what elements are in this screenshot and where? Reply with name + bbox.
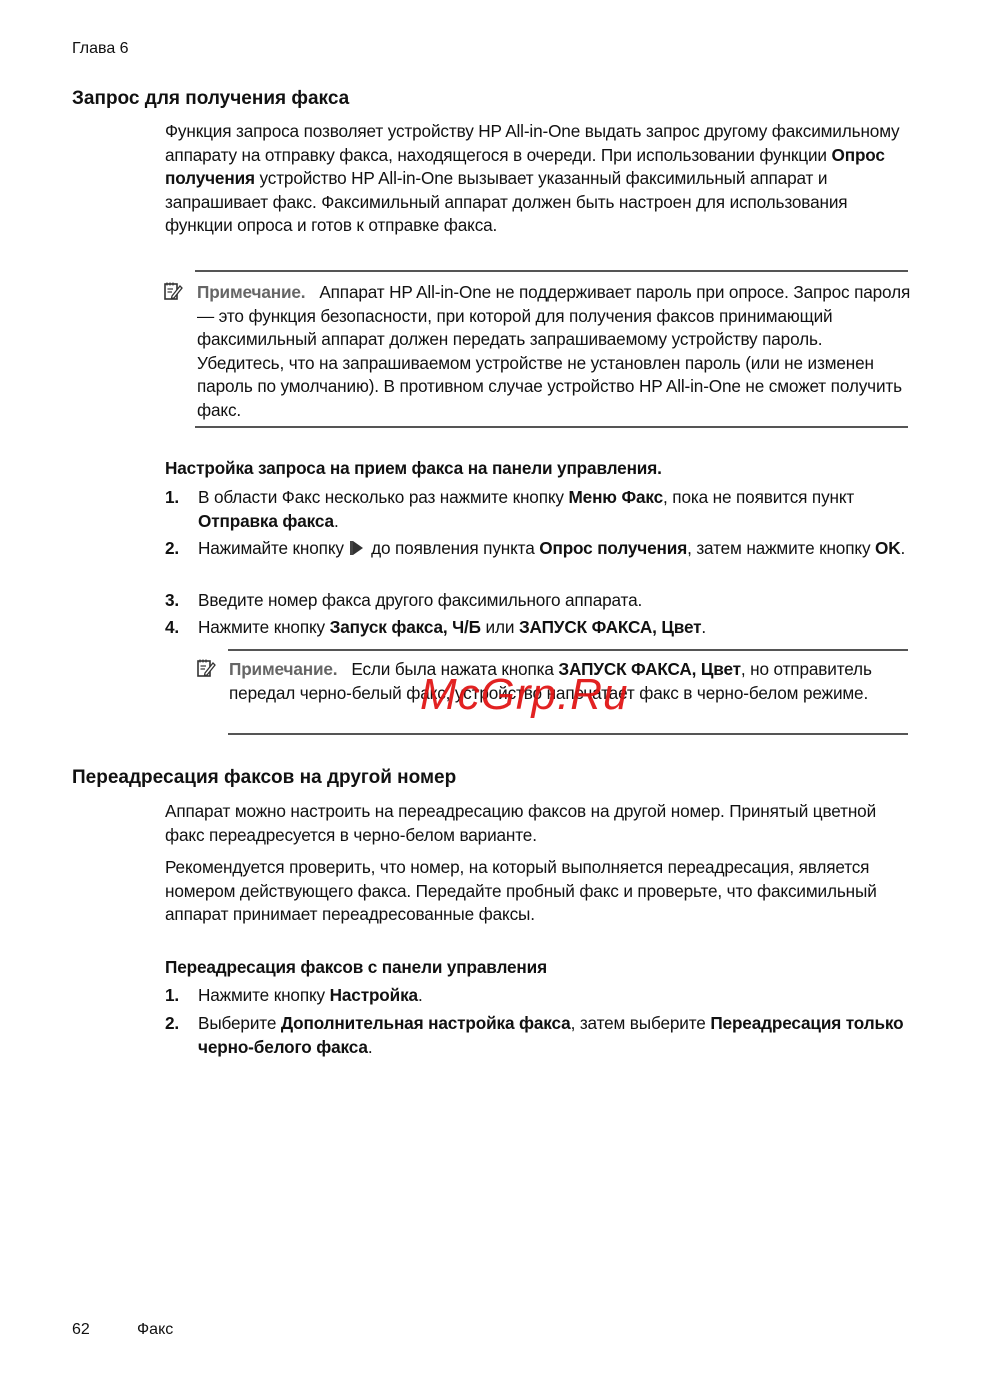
note-top-rule [195, 270, 908, 272]
note-bottom-rule [195, 426, 908, 428]
step-text: Нажимайте кнопку до появления пункта Опр… [198, 537, 913, 561]
step-item: 2. Нажимайте кнопку до появления пункта … [165, 537, 915, 585]
step-item: 3. Введите номер факса другого факсимиль… [165, 589, 915, 613]
note-block-1 [163, 281, 183, 306]
procedure-title-forwarding: Переадресация факсов с панели управления [165, 957, 547, 978]
forwarding-paragraph-2: Рекомендуется проверить, что номер, на к… [165, 856, 915, 927]
footer-section-name: Факс [137, 1321, 173, 1339]
step-number: 1. [165, 984, 179, 1008]
step-item: 4. Нажмите кнопку Запуск факса, Ч/Б или … [165, 616, 915, 640]
note-pencil-icon [196, 658, 216, 678]
step-number: 2. [165, 537, 179, 561]
section-title-fax-polling: Запрос для получения факса [72, 88, 349, 110]
right-arrow-icon [350, 540, 364, 556]
watermark: McGrp.Ru [420, 670, 628, 720]
step-item: 1. Нажмите кнопку Настройка. [165, 984, 915, 1008]
forwarding-paragraph-1: Аппарат можно настроить на переадресацию… [165, 800, 915, 847]
note-bottom-rule [228, 733, 908, 735]
note-pencil-icon [163, 281, 183, 301]
step-text: Выберите Дополнительная настройка факса,… [198, 1012, 913, 1059]
intro-text-1: Функция запроса позволяет устройству HP … [165, 121, 900, 165]
intro-text-2: устройство HP All-in-One вызывает указан… [165, 168, 847, 235]
step-item: 1. В области Факс несколько раз нажмите … [165, 486, 915, 534]
page-number: 62 [72, 1321, 90, 1339]
note-body: Аппарат HP All-in-One не поддерживает па… [197, 282, 910, 420]
note-label: Примечание. [229, 659, 337, 679]
step-item: 2. Выберите Дополнительная настройка фак… [165, 1012, 915, 1060]
intro-paragraph: Функция запроса позволяет устройству HP … [165, 120, 915, 238]
step-number: 2. [165, 1012, 179, 1036]
note-block-2 [196, 658, 216, 683]
note-label: Примечание. [197, 282, 305, 302]
running-head: Глава 6 [72, 40, 129, 58]
step-number: 4. [165, 616, 179, 640]
step-number: 1. [165, 486, 179, 510]
step-text: В области Факс несколько раз нажмите кно… [198, 486, 913, 533]
step-text: Введите номер факса другого факсимильног… [198, 589, 913, 613]
procedure-title-polling: Настройка запроса на прием факса на пане… [165, 458, 662, 479]
step-text: Нажмите кнопку Запуск факса, Ч/Б или ЗАП… [198, 616, 913, 640]
step-text: Нажмите кнопку Настройка. [198, 984, 913, 1008]
note-text-1: Примечание. Аппарат HP All-in-One не под… [197, 281, 912, 422]
step-number: 3. [165, 589, 179, 613]
note-top-rule [228, 649, 908, 651]
section-title-fax-forwarding: Переадресация факсов на другой номер [72, 767, 456, 789]
